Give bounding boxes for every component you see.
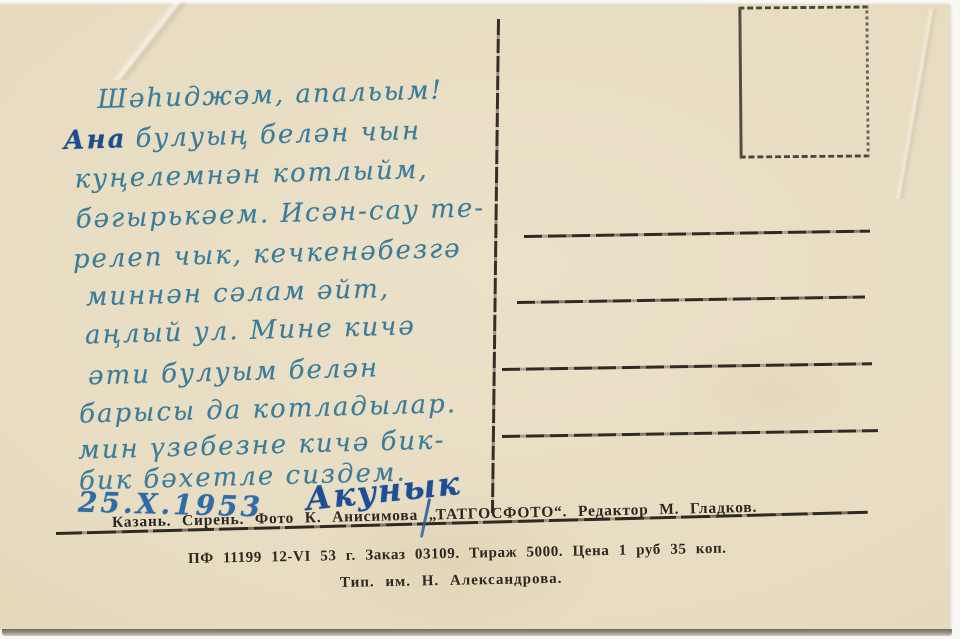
stamp-box	[738, 5, 869, 158]
message-line-rest: булуың белән чын	[135, 116, 421, 154]
printing-house-line: Тип. им. Н. Александрова.	[340, 571, 563, 592]
handwritten-message: Шәһиджәм, апальым! Анабулуың белән чын к…	[62, 74, 514, 506]
paper-crease-top-left	[98, 2, 198, 80]
address-line	[517, 296, 865, 304]
address-line	[502, 429, 878, 438]
message-line: миннән сәлам әйт,	[85, 274, 390, 312]
address-line	[502, 362, 872, 371]
paper-crease-top-right	[885, 9, 945, 199]
message-line: Анабулуың белән чын	[63, 116, 421, 156]
message-line: әти булуым белән	[88, 353, 380, 391]
postcard-bottom-edge-shadow	[2, 629, 952, 636]
message-line: аңлый ул. Мине кичә	[85, 311, 417, 350]
overwritten-word: Ана	[63, 124, 127, 156]
postcard-back: Шәһиджәм, апальым! Анабулуың белән чын к…	[0, 4, 950, 629]
address-line	[524, 230, 870, 238]
message-line: барысы да котладылар.	[79, 389, 458, 430]
message-line: бәгырькәем. Исән-сау те-	[75, 193, 485, 234]
message-line: Шәһиджәм, апальым!	[97, 75, 443, 115]
print-imprint-line: ПФ 11199 12-VI 53 г. Заказ 03109. Тираж …	[188, 541, 727, 568]
message-line: релеп чык, кечкенәбезгә	[72, 234, 462, 275]
scanned-postcard-photo: Шәһиджәм, апальым! Анабулуың белән чын к…	[0, 0, 960, 639]
message-line: куңелемнән котлыйм,	[74, 155, 429, 195]
